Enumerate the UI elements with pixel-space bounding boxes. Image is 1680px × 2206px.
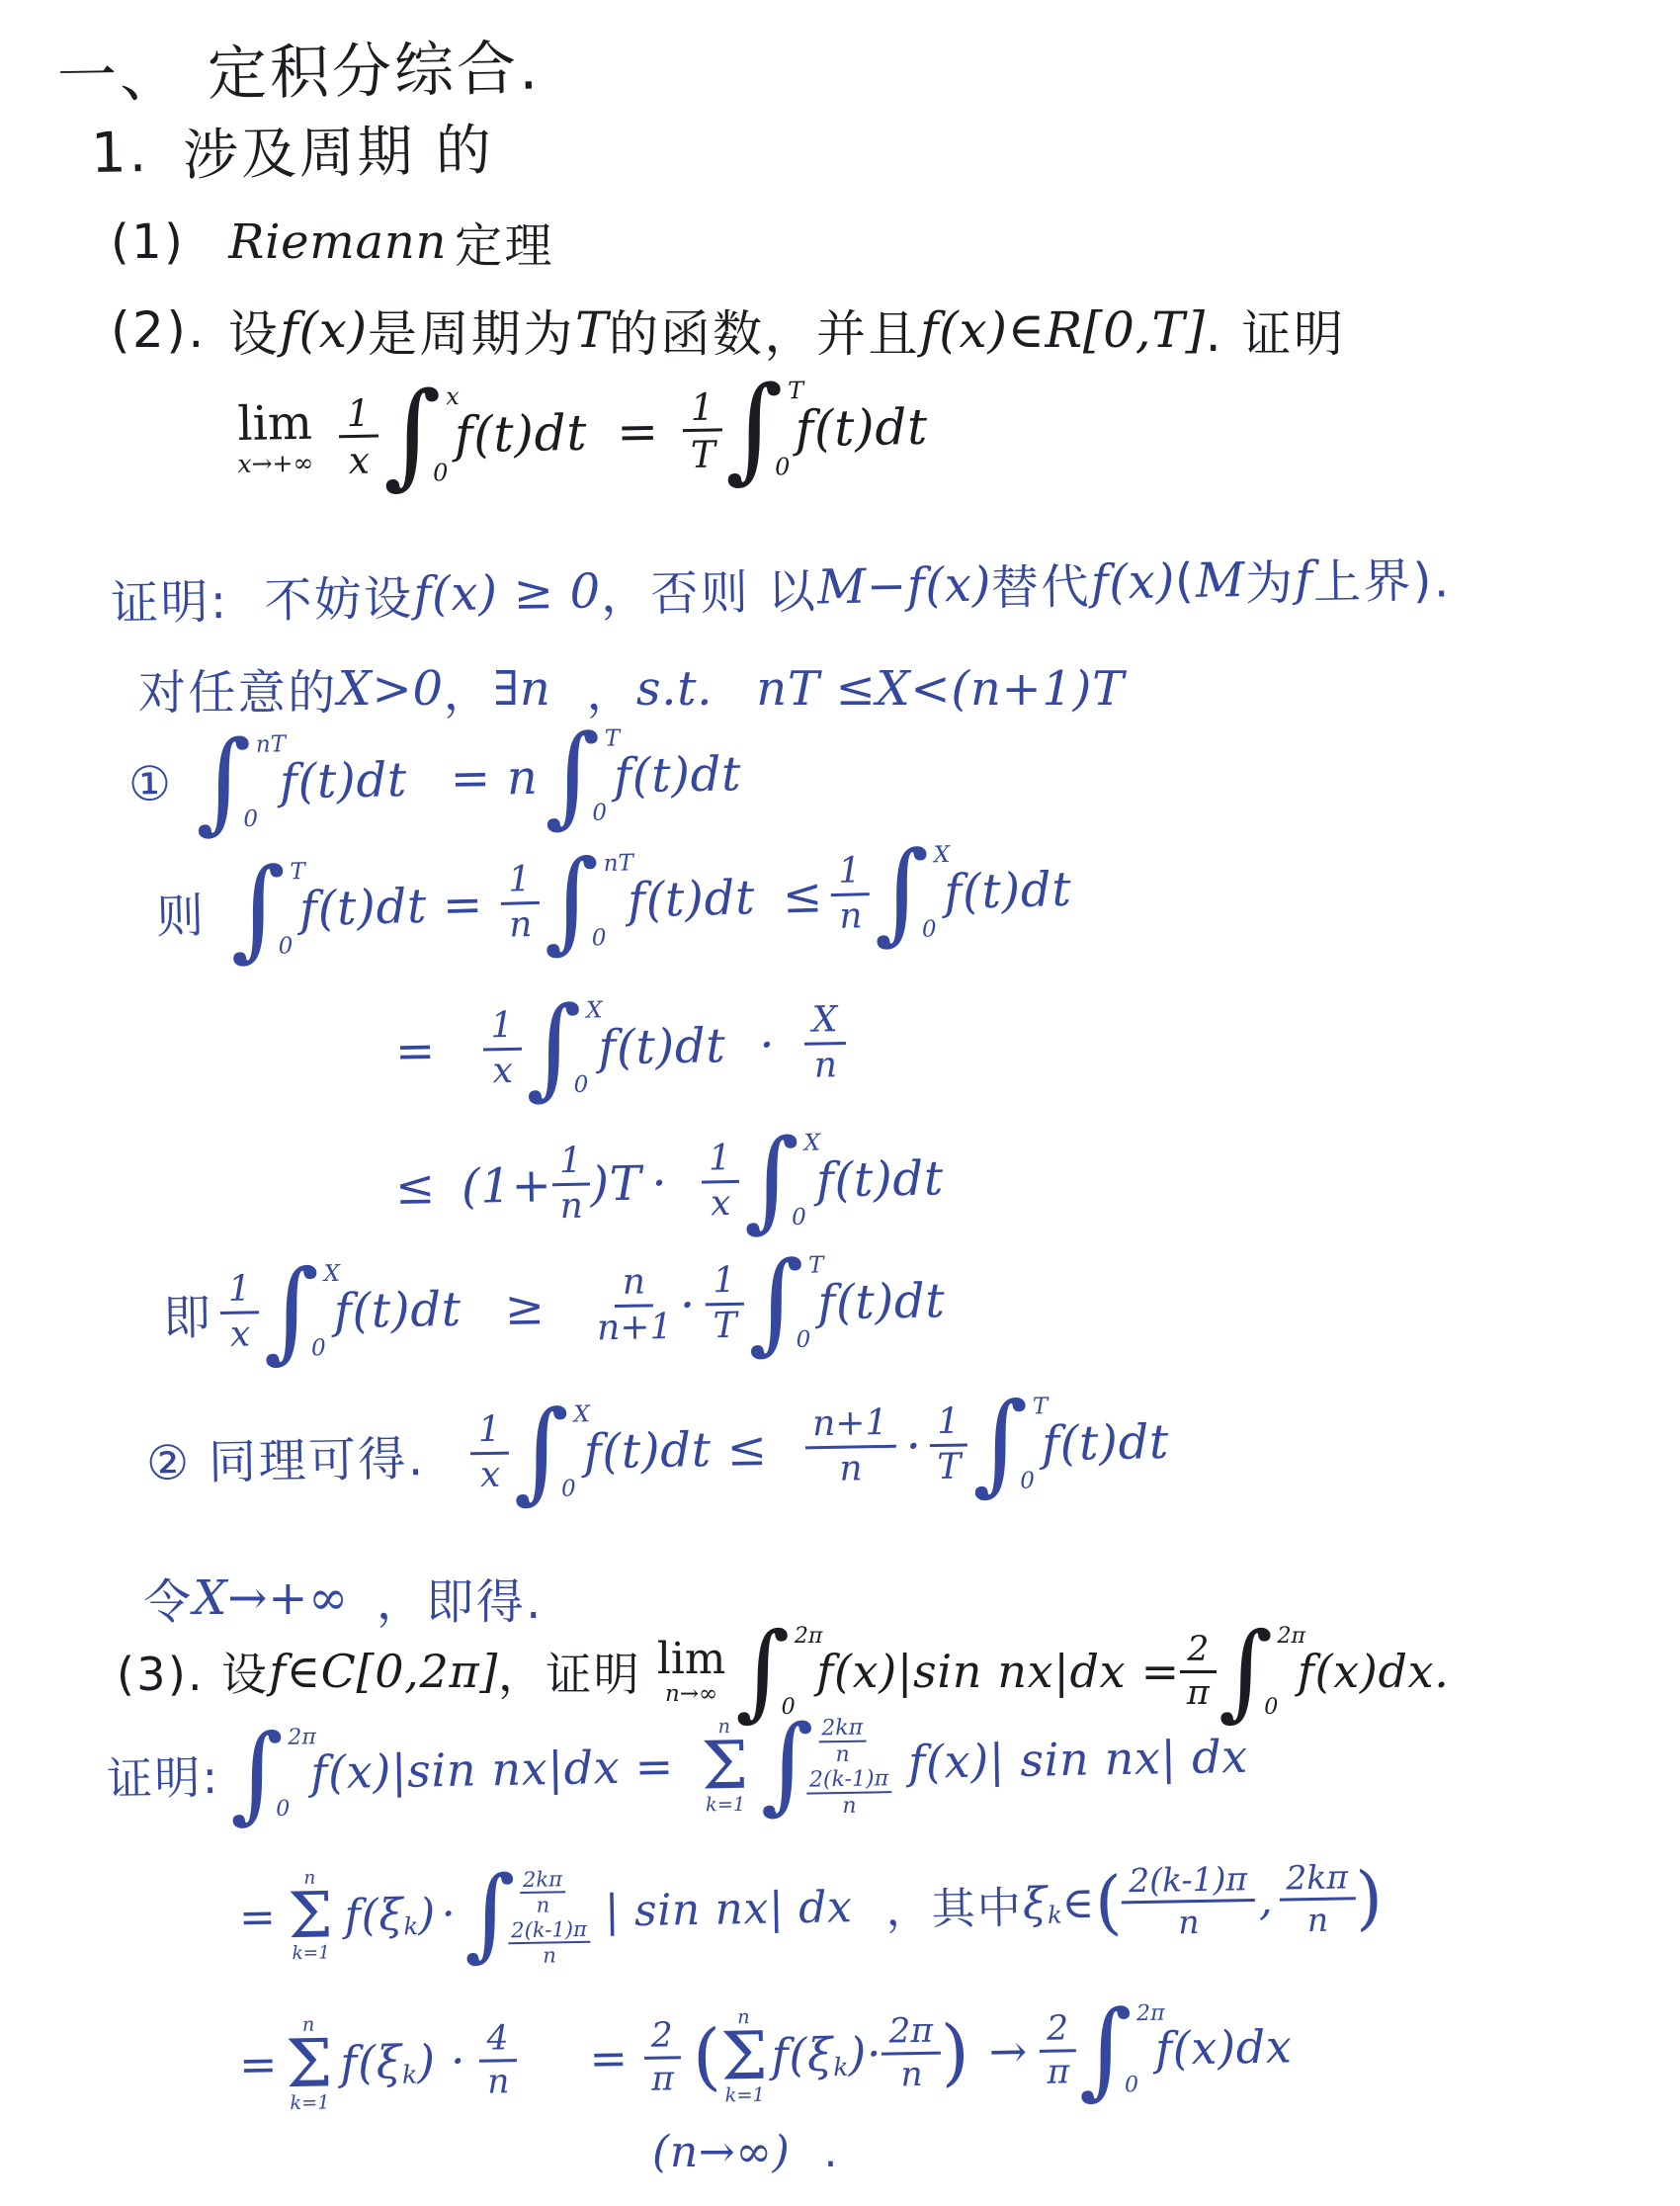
numerator: 1 — [338, 392, 378, 438]
spacer — [546, 1306, 597, 1308]
numerator: 1 — [830, 852, 870, 896]
integral-bound: T — [808, 1252, 824, 1278]
proof-2-conclusion-geq: 即1x∫X0f(t)dt≥nn+1·1T∫T0f(t)dt — [162, 1249, 946, 1365]
math-run: , — [1258, 1875, 1274, 1925]
denominator: n — [487, 2062, 510, 2101]
math-run: f(t)dt — [816, 1150, 945, 1208]
numerator: 1 — [701, 1140, 739, 1184]
spacer — [922, 1445, 930, 1446]
math-run: f(x)| sin nx| dx — [908, 1730, 1249, 1789]
numerator: 1 — [705, 1262, 743, 1307]
spacer — [407, 778, 451, 780]
spacer — [791, 2152, 824, 2153]
denominator: x — [348, 438, 370, 480]
text-run: (3). 设 — [117, 1639, 269, 1704]
integral-bounds: T0 — [1020, 1393, 1037, 1494]
denominator: n — [839, 895, 863, 937]
summation: nΣk=1 — [285, 2014, 333, 2112]
upper-bound: 2kπn — [520, 1866, 603, 1917]
math-run: M — [1196, 551, 1246, 608]
denominator: π — [1187, 1673, 1210, 1712]
math-run: T — [575, 301, 609, 359]
sum-lower: k=1 — [706, 1795, 746, 1815]
math-run: f(x) — [280, 301, 368, 359]
math-run: f∈C[0,2π] — [269, 1645, 498, 1698]
math-run: f(ξ — [340, 2036, 402, 2090]
denominator: n — [835, 1742, 850, 1767]
integral-bound: 0 — [592, 925, 607, 951]
integral-bound: 0 — [922, 916, 937, 942]
numerator: 1 — [482, 1007, 521, 1052]
spacer — [808, 1180, 816, 1181]
numerator: 1 — [682, 386, 722, 432]
integral-bound: 0 — [796, 1327, 810, 1353]
integral: ∫T0 — [723, 376, 792, 483]
integral-bound: 0 — [433, 460, 449, 487]
denominator: n — [509, 904, 533, 946]
proof-3-n-to-infinity: (n→∞). — [652, 2127, 840, 2177]
item-1-2-statement: (2).设f(x)是周期为T 的函数，并且f(x)∈R[0,T]. 证明 — [111, 295, 1346, 366]
fraction: 1T — [682, 386, 723, 474]
numerator: X — [804, 1001, 846, 1046]
numerator: 1 — [929, 1403, 967, 1448]
upper-bound: T — [808, 1252, 824, 1278]
spacer — [425, 1453, 470, 1455]
math-run: f(x)|sin nx|dx = — [816, 1645, 1180, 1698]
proof-2-then-inequality: 则∫T0f(t)dt =1n∫nT0f(t)dt≤1n∫X0f(t)dt — [155, 838, 1073, 964]
integral-bounds: 2π0 — [1125, 2000, 1154, 2098]
integral-bound: X — [573, 1401, 590, 1427]
text-run: ，证明 — [498, 1639, 641, 1704]
denominator: n — [1178, 1903, 1200, 1940]
subscript: k — [403, 1912, 418, 1940]
lower-bound: 0 — [433, 460, 449, 487]
math-run: f(x)dx — [1155, 2020, 1293, 2076]
text-run: ，即得. — [377, 1564, 544, 1632]
math-run: ξ — [1023, 1879, 1049, 1929]
subscript: k — [402, 2060, 418, 2088]
spacer — [896, 1446, 906, 1447]
integral: ∫nT0 — [542, 850, 623, 954]
math-run: f(t)dt — [598, 1018, 726, 1075]
math-run: ∃n — [493, 661, 550, 717]
proof-2-limit-conclusion: 令 X→+∞，即得. — [143, 1564, 544, 1632]
math-run: X>0 — [338, 661, 444, 717]
text-run: ( — [1174, 552, 1196, 608]
proof-2-step-2-similarly: ② 同理可得.1x∫X0f(t)dt ≤n+1n·1T∫T0f(t)dt — [145, 1391, 1170, 1510]
integral: ∫2π0 — [1077, 2000, 1154, 2099]
spacer — [278, 2064, 286, 2065]
text-run: 定理 — [455, 208, 554, 276]
spacer — [629, 2058, 644, 2059]
integral-bounds: X0 — [573, 997, 591, 1099]
lim-under: n→∞ — [665, 1683, 717, 1706]
fraction: 1T — [929, 1403, 968, 1488]
integral-bound: X — [933, 842, 950, 868]
text-run: 一、 — [56, 28, 182, 115]
fraction: nn+1 — [596, 1263, 673, 1348]
math-run: · — [679, 1277, 696, 1332]
denominator: x — [230, 1315, 251, 1355]
summation: nΣk=1 — [720, 2007, 769, 2105]
integral-bound: nT — [256, 731, 287, 758]
lower-bound: 0 — [592, 801, 608, 826]
math-run: f(t)dt — [944, 861, 1072, 919]
integral: ∫nT0 — [195, 730, 275, 834]
big-paren: ( — [1094, 1868, 1123, 1938]
item-1-1-riemann-theorem: (1)Riemann定理 — [111, 208, 554, 276]
denominator: n — [1306, 1901, 1328, 1938]
spacer — [672, 1305, 680, 1306]
denominator: n — [842, 1793, 857, 1818]
spacer — [667, 1182, 701, 1184]
numerator: 1 — [220, 1270, 259, 1315]
text-run: ，否则 以 — [600, 553, 817, 626]
denominator: n — [900, 2055, 923, 2094]
lower-bound: 0 — [311, 1335, 328, 1361]
integral-bound: T — [605, 725, 621, 751]
limit: limn→∞ — [657, 1638, 725, 1706]
spacer — [185, 241, 228, 242]
integral: ∫2kπn2(k-1)πn — [463, 1865, 592, 1961]
integral: ∫T0 — [970, 1393, 1037, 1495]
fraction: 2π — [1039, 2010, 1077, 2091]
summation: nΣk=1 — [288, 1869, 334, 1963]
text-run: 证明: — [106, 1741, 220, 1809]
integral-bound: 2π — [1277, 1624, 1305, 1649]
integral-bounds: X0 — [311, 1260, 329, 1362]
math-run: f(x) — [1090, 553, 1175, 610]
spacer — [349, 1597, 377, 1598]
spacer — [823, 894, 831, 895]
subscript: k — [1048, 1902, 1062, 1929]
proof-3-riemann-sum: =nΣk=1f(ξk) ·4n=2π(nΣk=1f(ξk)·2πn)→2π∫2π… — [238, 1997, 1293, 2113]
integral-bounds: X0 — [561, 1400, 579, 1502]
math-run: f(x)∈R[0,T] — [920, 301, 1206, 359]
spacer — [775, 1044, 804, 1046]
lim-under: x→+∞ — [237, 450, 313, 475]
integral-bound: T — [290, 859, 305, 885]
denominator: x — [480, 1455, 501, 1495]
spacer — [436, 1186, 462, 1187]
math-run: )T — [590, 1155, 642, 1212]
spacer — [456, 1913, 463, 1914]
integral-bound: 0 — [243, 806, 258, 832]
spacer — [228, 596, 264, 598]
item-1-periodic-title: 1.涉及周期 的 — [90, 107, 494, 193]
text-run: 即 — [162, 1279, 213, 1348]
math-run: (1+ — [461, 1157, 552, 1215]
sum-lower: k=1 — [724, 2085, 765, 2105]
spacer — [590, 1048, 598, 1049]
text-run: 上界). — [1312, 542, 1452, 612]
integral: ∫X0 — [872, 841, 940, 945]
spacer — [696, 1305, 706, 1306]
math-run: nT ≤X<(n+1)T — [756, 661, 1125, 717]
lower-bound: 0 — [1264, 1695, 1293, 1720]
lower-bound: 0 — [775, 454, 792, 481]
spacer — [713, 688, 756, 689]
integral-bound: 0 — [792, 1205, 806, 1230]
upper-bound: T — [290, 859, 305, 885]
numerator: 4 — [479, 2020, 517, 2063]
sum-lower: k=1 — [290, 2093, 330, 2113]
text-run: (2). — [111, 301, 207, 359]
lower-bound: 0 — [796, 1327, 811, 1353]
text-run: 替代 — [990, 549, 1091, 619]
upper-bound: X — [933, 842, 950, 868]
numerator: 2kπ — [520, 1868, 566, 1894]
math-run: = — [239, 2038, 279, 2092]
bound-fraction: 2kπn — [520, 1868, 566, 1916]
spacer — [641, 1671, 657, 1672]
math-run: ) · — [417, 2034, 466, 2088]
integral-bounds: T0 — [796, 1252, 812, 1354]
text-run: ② 同理可得. — [145, 1420, 426, 1493]
math-run: · — [905, 1418, 922, 1474]
math-run: f(x)|sin nx|dx = — [310, 1739, 674, 1799]
math-run: Riemann — [228, 214, 447, 270]
math-run: · — [441, 1889, 457, 1939]
integral: ∫X0 — [742, 1130, 809, 1232]
lower-bound: 2(k-1)πn — [508, 1915, 591, 1967]
integral: ∫2π0 — [1218, 1623, 1294, 1721]
text-run: . 证明 — [1206, 295, 1346, 366]
upper-bound: T — [1033, 1394, 1049, 1419]
fraction: 2πn — [882, 2012, 942, 2094]
spacer — [516, 2059, 589, 2061]
upper-bound: X — [323, 1261, 340, 1287]
text-run: . — [824, 2127, 840, 2177]
spacer — [674, 1765, 702, 1766]
upper-bound: 2π — [795, 1624, 823, 1649]
math-run: ∈ — [1061, 1878, 1095, 1929]
numerator: 2 — [1039, 2010, 1076, 2053]
integral-bound: 0 — [276, 1797, 290, 1822]
spacer — [681, 2057, 693, 2058]
integral-bound: 0 — [573, 1072, 588, 1098]
lower-bound: 0 — [792, 1205, 808, 1230]
numerator: n+1 — [804, 1404, 896, 1450]
fraction: 1T — [705, 1262, 744, 1347]
spacer — [755, 895, 783, 897]
numerator: 2 — [1180, 1632, 1217, 1673]
text-run: ① — [128, 756, 174, 812]
math-run: ≤ — [782, 868, 823, 924]
upper-bound: x — [446, 382, 462, 410]
proof-3-mean-value: =nΣk=1f(ξk)·∫2kπn2(k-1)πn| sin nx| dx，其中… — [238, 1851, 1384, 1965]
proof-2-exists-n: 对任意的 X>0，∃n，s.t.nT ≤X<(n+1)T — [138, 654, 1125, 722]
denominator: x — [711, 1183, 731, 1224]
spacer — [313, 436, 339, 437]
big-paren: ) — [940, 2016, 969, 2089]
integral-bounds: T0 — [775, 376, 793, 482]
math-run: f(t)dt — [280, 752, 408, 809]
upper-bound: nT — [603, 850, 633, 877]
upper-bound: T — [788, 377, 804, 404]
integral-bounds: 2kπn2(k-1)πn — [806, 1714, 894, 1813]
math-run: M−f(x) — [817, 556, 992, 615]
math-run: f(ξ — [344, 1890, 404, 1941]
math-run: f(t)dt — [333, 1281, 462, 1338]
denominator: π — [651, 2059, 674, 2098]
integral-bound: 0 — [775, 454, 791, 481]
notes-page: 一、定积分综合.1.涉及周期 的(1)Riemann定理(2).设f(x)是周期… — [0, 0, 1680, 2206]
math-run: = — [617, 402, 660, 461]
math-run: f(t)dt — [454, 404, 587, 464]
fraction: 2π — [643, 2017, 682, 2098]
integral-bounds: 2kπn2(k-1)πn — [508, 1865, 592, 1960]
integral: ∫T0 — [747, 1252, 813, 1355]
math-run: f(t)dt — [614, 746, 742, 804]
numerator: 2kπ — [818, 1717, 867, 1743]
text-run: 的函数，并且 — [609, 295, 920, 366]
upper-bound: X — [586, 997, 603, 1023]
text-run: 对任意的 — [138, 654, 338, 722]
sigma-icon: Σ — [701, 1736, 748, 1796]
integral: ∫T0 — [228, 858, 295, 962]
fraction: 1x — [482, 1007, 522, 1092]
spacer — [725, 1045, 759, 1047]
math-run: s.t. — [636, 661, 713, 717]
integral-bounds: nT0 — [243, 730, 275, 833]
integral-bound: nT — [603, 850, 633, 877]
upper-bound: X — [803, 1131, 820, 1156]
integral-bounds: 2π0 — [1265, 1623, 1294, 1721]
big-paren: ) — [1355, 1863, 1384, 1933]
spacer — [447, 241, 455, 242]
spacer — [969, 2052, 989, 2053]
fraction: 2(k-1)πn — [1122, 1861, 1256, 1941]
math-run: )· — [848, 2027, 882, 2081]
denominator: T — [713, 1306, 737, 1346]
numerator: 1 — [551, 1143, 590, 1187]
sigma-icon: Σ — [288, 1888, 333, 1945]
integral: ∫X0 — [512, 1400, 579, 1503]
integral: ∫2kπn2(k-1)πn — [759, 1714, 893, 1814]
integral-bound: X — [323, 1261, 340, 1287]
item-1-2-limit-formula: limx→+∞1x∫x0f(t)dt=1T∫T0f(t)dt — [236, 374, 929, 492]
spacer — [748, 1764, 760, 1765]
math-run: f(t)dt = — [298, 877, 483, 937]
integral: ∫X0 — [262, 1260, 329, 1363]
integral: ∫2π0 — [229, 1725, 306, 1824]
fraction: n+1n — [804, 1404, 897, 1490]
fraction: 4n — [479, 2020, 518, 2101]
spacer — [483, 903, 501, 904]
lower-bound: 0 — [592, 925, 623, 952]
spacer — [219, 1774, 229, 1775]
fraction: 2kπn — [1279, 1859, 1357, 1938]
denominator: n — [839, 1448, 863, 1488]
limit: limx→+∞ — [236, 400, 313, 476]
denominator: n — [536, 1894, 549, 1917]
lower-bound: 0 — [1020, 1468, 1036, 1493]
spacer — [465, 2061, 479, 2062]
denominator: T — [937, 1447, 962, 1487]
bound-fraction: 2kπn — [818, 1717, 867, 1767]
text-run: 不妨设 — [264, 560, 414, 632]
spacer — [551, 688, 587, 689]
math-run: f(t)dt — [627, 870, 755, 928]
integral-bound: X — [803, 1131, 820, 1156]
integral-bounds: X0 — [792, 1130, 809, 1231]
lower-bound: 0 — [243, 806, 274, 832]
denominator: π — [1047, 2052, 1069, 2091]
upper-bound: X — [573, 1401, 590, 1427]
proof-2-leq-bound: ≤(1+1n)T·1x∫X0f(t)dt — [394, 1127, 945, 1238]
integral-bound: 0 — [592, 801, 607, 826]
spacer — [852, 1906, 885, 1908]
text-run: 定积分综合. — [207, 21, 542, 112]
big-paren: ( — [692, 2020, 721, 2093]
math-run: → — [988, 2025, 1028, 2079]
lower-bound: 0 — [922, 916, 939, 942]
text-run: 1. — [90, 120, 149, 185]
numerator: 2π — [882, 2012, 942, 2055]
denominator: x — [492, 1051, 513, 1091]
upper-bound: T — [605, 725, 621, 751]
denominator: n — [543, 1943, 556, 1967]
spacer — [659, 430, 683, 431]
integral-bounds: T0 — [592, 725, 609, 827]
text-run: 设 — [228, 295, 281, 366]
math-run: = n — [450, 749, 539, 806]
integral-bounds: T0 — [277, 858, 294, 961]
integral-bound: 0 — [311, 1335, 326, 1361]
spacer — [173, 783, 195, 784]
lower-bound: 0 — [276, 1796, 304, 1821]
sigma-icon: Σ — [286, 2034, 333, 2094]
fraction: 1n — [500, 861, 541, 946]
numerator: 1 — [500, 861, 540, 905]
spacer — [207, 330, 228, 331]
text-run: (1) — [111, 214, 185, 270]
fraction: 1n — [830, 852, 871, 937]
integral-bound: 0 — [1020, 1468, 1035, 1493]
math-run: f(t)dt ≤ — [583, 1421, 768, 1480]
text-run: 令 — [143, 1564, 193, 1632]
lower-bound: 0 — [1125, 2073, 1153, 2097]
denominator: n+1 — [597, 1307, 673, 1348]
math-run: (n→∞) — [652, 2127, 791, 2177]
text-run: 是周期为 — [368, 295, 575, 366]
summation: nΣk=1 — [701, 1717, 749, 1815]
fraction: 1x — [220, 1270, 260, 1355]
integral-bound: 2π — [288, 1725, 316, 1749]
math-run: f(t)dt — [1042, 1414, 1170, 1472]
fraction: 1n — [551, 1143, 591, 1228]
lower-bound: 0 — [573, 1072, 590, 1098]
text-run: ， — [444, 654, 493, 722]
integral: ∫x0 — [381, 382, 450, 489]
spacer — [725, 1671, 735, 1672]
numerator: 2kπ — [1279, 1859, 1356, 1901]
math-run: = — [395, 1023, 437, 1079]
math-run: f(t)dt — [817, 1273, 946, 1330]
heading-definite-integral: 一、定积分综合. — [56, 21, 542, 115]
math-run: f — [1295, 551, 1313, 606]
text-run: 则 — [155, 878, 207, 947]
text-run: 证明: — [110, 563, 229, 634]
fraction: 2π — [1180, 1632, 1217, 1713]
spacer — [149, 151, 183, 153]
integral-bound: 2π — [795, 1624, 823, 1649]
math-run: ≤ — [395, 1159, 437, 1216]
integral-bound: 0 — [561, 1476, 576, 1501]
math-run: ≥ — [504, 1280, 546, 1336]
fraction: Xn — [804, 1001, 847, 1086]
